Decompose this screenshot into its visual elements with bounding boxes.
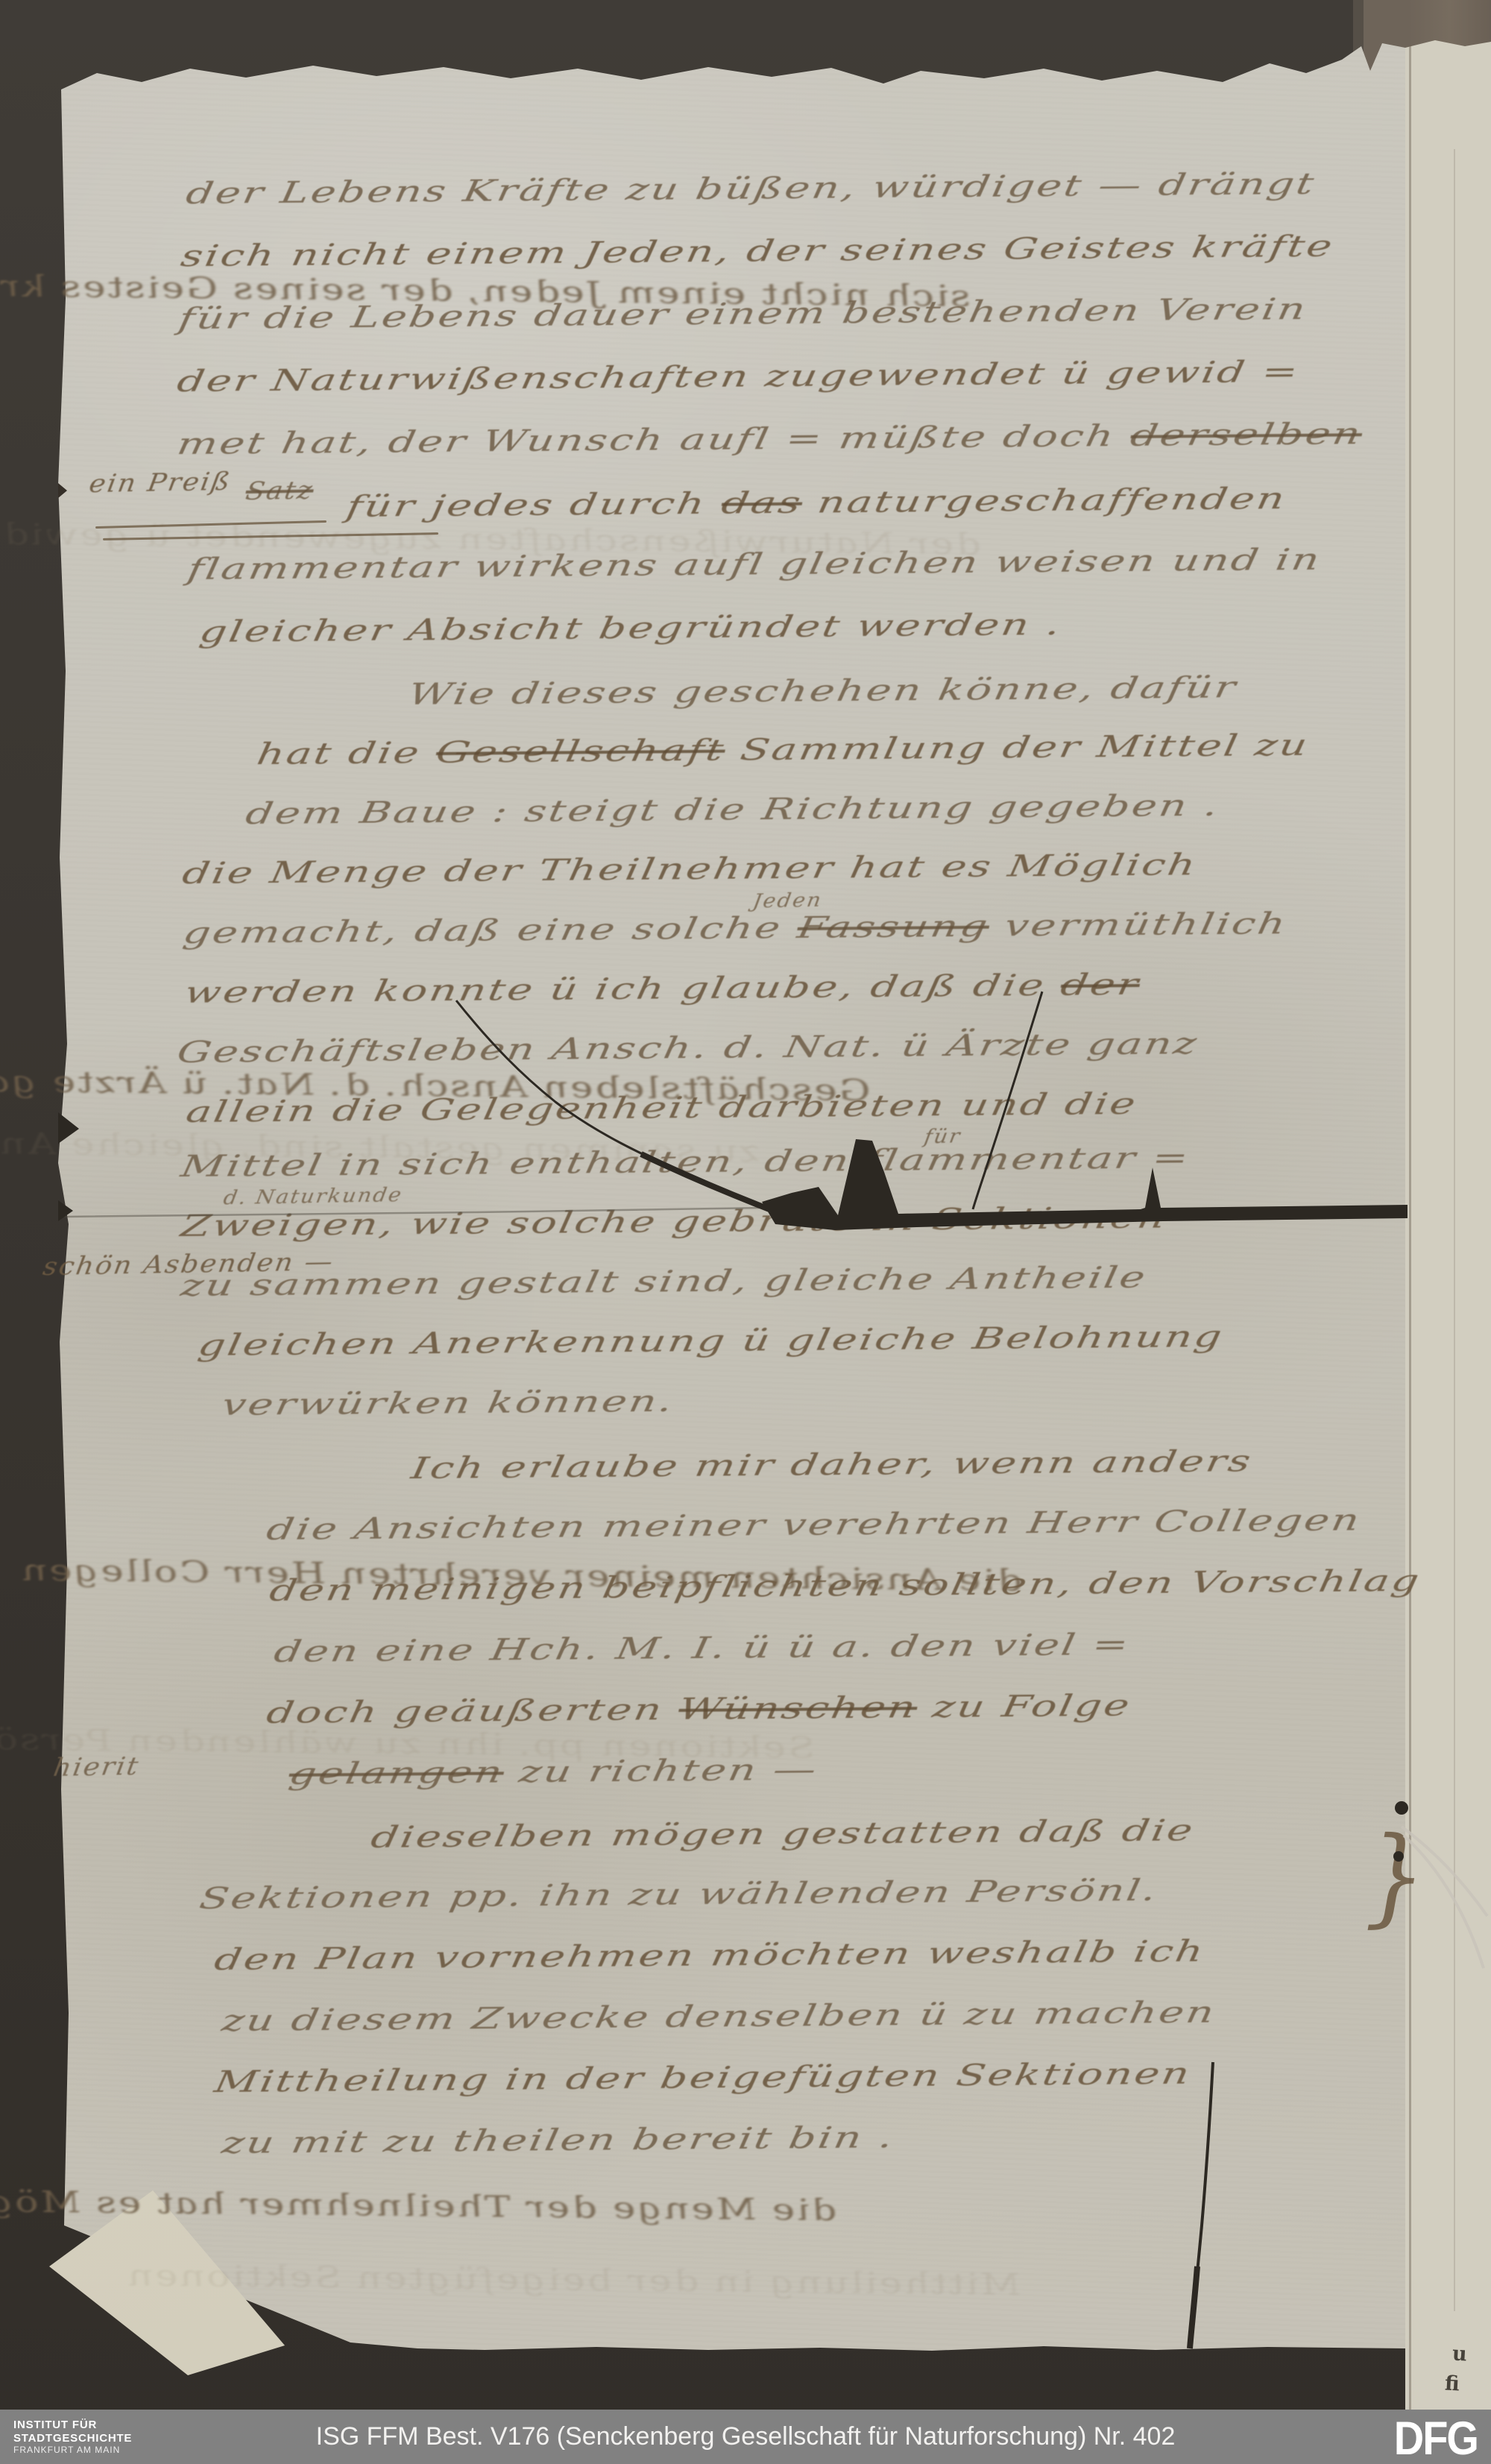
handwriting-text: zu mit zu theilen bereit bin . — [219, 2120, 898, 2161]
handwriting-line: Ich erlaube mir daher, wenn anders — [409, 1446, 1255, 1484]
handwriting-text: zu richten — — [501, 1753, 821, 1790]
handwriting-text: Sammlung der Mittel zu — [722, 728, 1312, 768]
margin-note: ein Preiß — [87, 469, 233, 496]
handwriting-line: gelangen zu richten — — [287, 1755, 821, 1789]
handwriting-text: vermüthlich — [986, 907, 1290, 944]
dfg-logo: DFG — [1394, 2411, 1478, 2464]
handwriting-line: gleicher Absicht begründet werden . — [198, 610, 1065, 647]
struck-word: derselben — [1128, 417, 1365, 453]
handwriting-line: den eine Hch. M. I. ü ü a. den viel = — [272, 1630, 1133, 1667]
institute-logo: INSTITUT FÜR STADTGESCHICHTE FRANKFURT A… — [13, 2419, 132, 2456]
handwriting-line: zu mit zu theilen bereit bin . — [220, 2123, 898, 2158]
margin-note: schön Asbenden — — [41, 1249, 335, 1279]
handwriting-text: verwürken können. — [219, 1384, 677, 1422]
handwriting-line: Mittel in sich enthalten, den flammentar… — [179, 1143, 1193, 1182]
bleedthrough-ghost: Mittheilung in der beigefügten Sektionen — [124, 2261, 1024, 2300]
side-page-crease — [1409, 45, 1411, 2410]
archive-scan-page: u fi sich nicht einem Jeden, der seines … — [0, 0, 1491, 2464]
handwriting-line: Mittheilung in der beigefügten Sektionen — [212, 2059, 1194, 2097]
struck-word: Wünschen — [676, 1690, 920, 1727]
handwriting-text: naturgeschaffenden — [799, 482, 1289, 520]
handwriting-line: zu diesem Zwecke denselben ü zu machen — [220, 1997, 1218, 2036]
side-page-crease-2 — [1454, 149, 1455, 2311]
handwriting-text: für jedes durch — [344, 487, 725, 524]
interlinear-insertion: d. Naturkunde — [222, 1185, 404, 1208]
interlinear-insertion: Jeden — [751, 890, 824, 911]
handwriting-line: Sektionen pp. ihn zu wählenden Persönl. — [198, 1876, 1161, 1914]
interlinear-insertion: für — [923, 1127, 962, 1147]
handwriting-text: hat die — [254, 736, 439, 772]
handwriting-line: dem Baue : steigt die Richtung gegeben . — [244, 791, 1223, 829]
handwriting-line: die Menge der Theilnehmer hat es Möglich — [180, 850, 1200, 889]
handwriting-text: dieselben mögen gestatten daß die — [368, 1813, 1197, 1855]
handwriting-line: Geschäftsleben Ansch. d. Nat. ü Ärzte ga… — [175, 1029, 1201, 1068]
handwriting-line: Wie dieses geschehen könne, dafür — [406, 672, 1240, 710]
print-fragment: fi — [1444, 2372, 1460, 2396]
institute-logo-line2: STADTGESCHICHTE — [13, 2432, 132, 2445]
handwriting-text: doch geäußerten — [264, 1692, 681, 1730]
institute-logo-line3: FRANKFURT AM MAIN — [13, 2445, 132, 2455]
handwriting-text: gemacht, daß eine solche — [180, 911, 801, 951]
handwriting-line: den Plan vornehmen möchten weshalb ich — [212, 1936, 1208, 1975]
handwriting-line: werden konnte ü ich glaube, daß die der — [183, 970, 1143, 1008]
handwriting-line: dieselben mögen gestatten daß die — [369, 1815, 1197, 1853]
handwriting-line: gleichen Anerkennung ü gleiche Belohnung — [196, 1322, 1226, 1361]
handwriting-line: allein die Gelegenheit darbieten und die — [184, 1089, 1140, 1127]
struck-word: Gesellschaft — [433, 733, 728, 769]
margin-note: hierit — [51, 1754, 142, 1780]
institute-logo-line1: INSTITUT FÜR — [13, 2419, 132, 2432]
struck-word: das — [719, 486, 805, 521]
handwriting-line: Zweigen, wie solche gebrüte in Sektionen — [179, 1203, 1170, 1241]
bleedthrough-ghost: die Menge der Theilnehmer hat es Möglich — [0, 2186, 839, 2225]
handwriting-line: hat die Gesellschaft Sammlung der Mittel… — [255, 731, 1311, 769]
handwriting-line: für jedes durch das naturgeschaffenden — [344, 484, 1289, 522]
handwriting-text: zu Folge — [914, 1689, 1134, 1725]
print-fragment: u — [1451, 2342, 1467, 2366]
struck-word: Fassung — [795, 910, 992, 945]
handwriting-line: doch geäußerten Wünschen zu Folge — [265, 1691, 1134, 1728]
struck-word: gelangen — [286, 1755, 507, 1792]
margin-note-struck: Satz — [244, 477, 315, 503]
struck-word: der — [1058, 968, 1142, 1003]
handwriting-line: die Ansichten meiner verehrten Herr Coll… — [265, 1505, 1364, 1545]
handwriting-line: verwürken können. — [220, 1387, 677, 1420]
archive-caption: ISG FFM Best. V176 (Senckenberg Gesellsc… — [0, 2410, 1491, 2464]
handwriting-text: Wie dieses geschehen könne, dafür — [406, 670, 1240, 712]
archive-caption-bar: ISG FFM Best. V176 (Senckenberg Gesellsc… — [0, 2410, 1491, 2464]
brace-mark: } — [1364, 1813, 1426, 1938]
